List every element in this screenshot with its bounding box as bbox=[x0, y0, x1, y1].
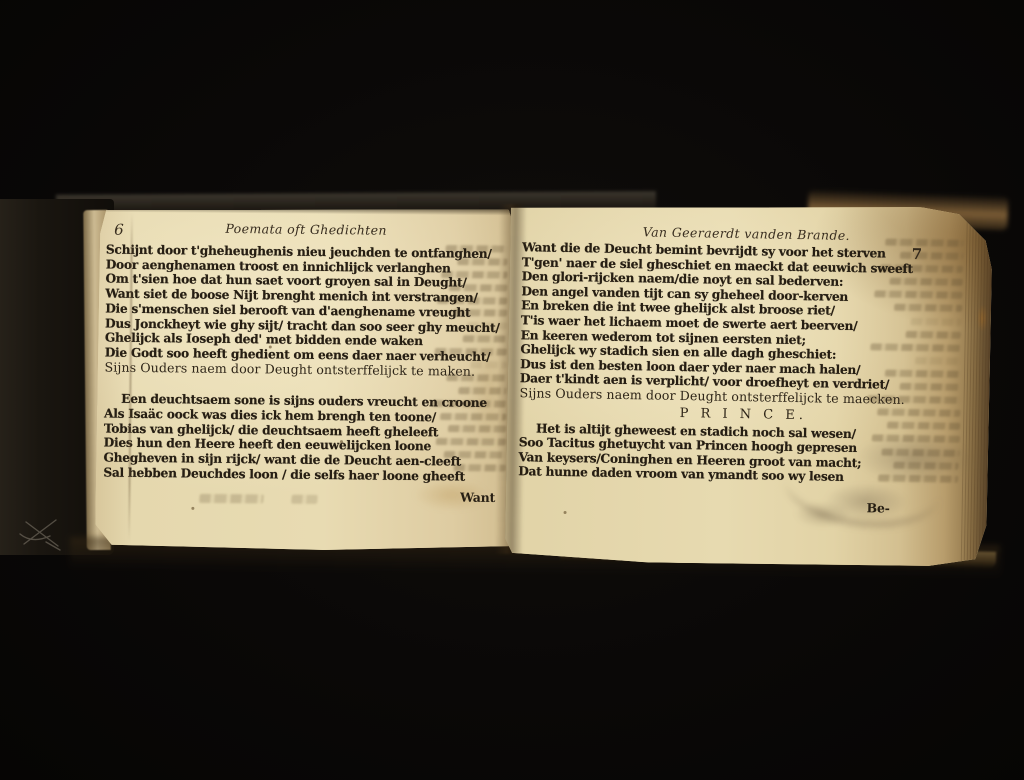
ink-speck bbox=[564, 511, 567, 514]
catchword-right: Be- bbox=[866, 500, 889, 515]
left-page-content: 6 Poemata oft Ghedichten Schijnt door t'… bbox=[103, 220, 506, 506]
page-number-left: 6 bbox=[114, 221, 124, 239]
pencil-scribble bbox=[16, 504, 90, 558]
left-stanza-1: Schijnt door t'gheheughenis nieu jeuchde… bbox=[104, 243, 505, 380]
gutter-shadow bbox=[495, 204, 527, 554]
running-header-left: Poemata oft Ghedichten bbox=[106, 220, 506, 240]
right-stanza-1: Want die de Deucht bemint bevrijdt sy vo… bbox=[519, 240, 970, 408]
fore-edge-stain bbox=[977, 304, 988, 332]
right-stanza-2: Het is altijt gheweest en stadich noch s… bbox=[518, 421, 967, 487]
poem-line: Sijns Ouders naem door Deught ontsterffe… bbox=[104, 360, 504, 379]
left-catchword-row: Want bbox=[103, 482, 503, 506]
page-left: 6 Poemata oft Ghedichten Schijnt door t'… bbox=[95, 206, 512, 552]
left-header-row: 6 Poemata oft Ghedichten bbox=[106, 220, 506, 245]
page-right: Van Geeraerdt vanden Brande. 7 Want die … bbox=[505, 200, 993, 568]
ink-speck bbox=[191, 507, 194, 510]
page-number-right: 7 bbox=[912, 245, 923, 263]
catchword-left: Want bbox=[460, 489, 495, 504]
right-catchword-row: Be- bbox=[518, 491, 966, 518]
right-page-content: Van Geeraerdt vanden Brande. 7 Want die … bbox=[518, 222, 971, 518]
book-scan-photo: 6 Poemata oft Ghedichten Schijnt door t'… bbox=[0, 0, 1024, 780]
left-stanza-2: Een deuchtsaem sone is sijns ouders vreu… bbox=[103, 392, 504, 485]
